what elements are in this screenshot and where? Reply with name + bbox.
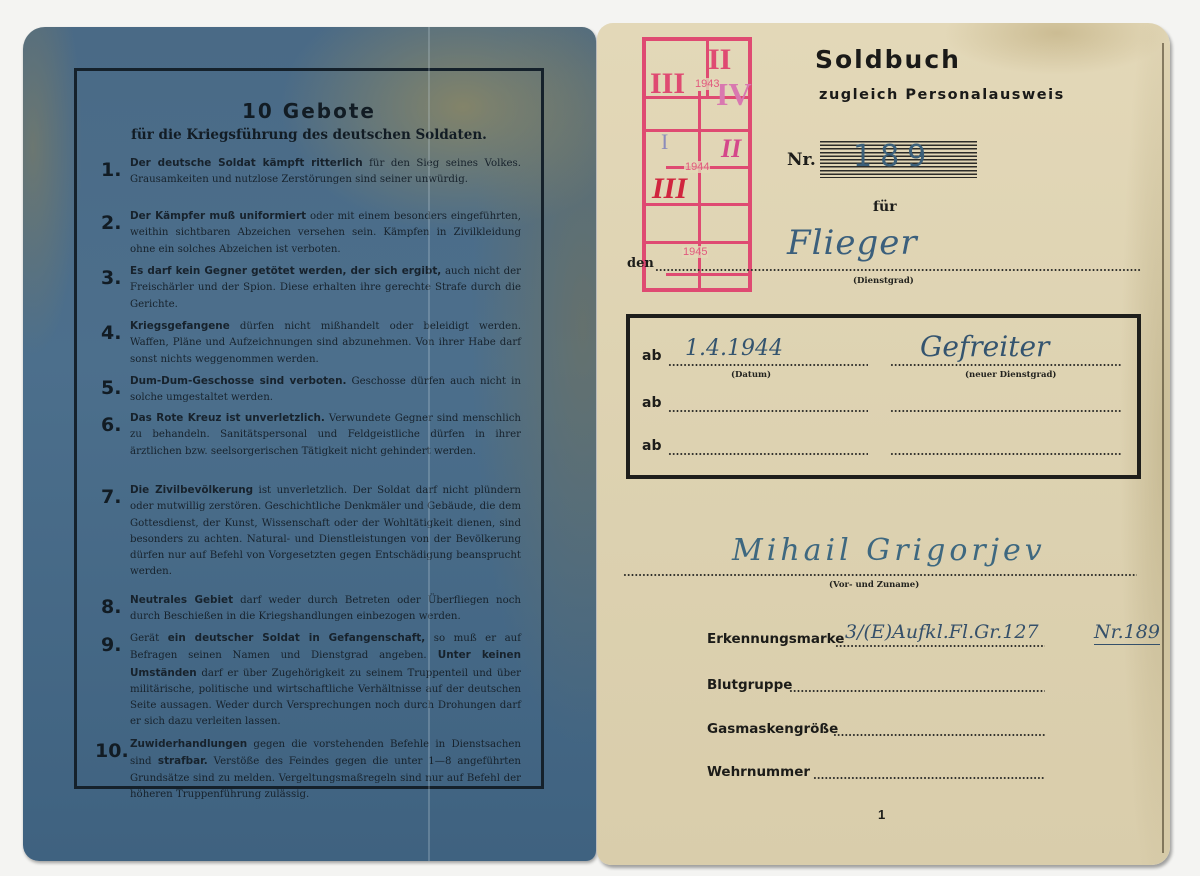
name-caption: (Vor- und Zuname) <box>829 580 919 590</box>
commandment-number: 8. <box>101 592 130 626</box>
commandment-text: Der deutsche Soldat kämpft ritterlich fü… <box>130 155 521 189</box>
stamp-quarter-I: I <box>661 131 668 153</box>
date-caption: (Datum) <box>731 370 771 380</box>
ab-label: ab <box>642 438 661 454</box>
erkennungsmarke-dotted-line <box>835 645 1045 647</box>
erkennungsmarke-value: 3/(E)Aufkl.Fl.Gr.127 <box>845 621 1039 643</box>
erkennungsmarke-label: Erkennungsmarke <box>707 631 844 647</box>
commandment-5: 5. Dum-Dum-Geschosse sind verboten. Gesc… <box>101 373 521 407</box>
commandment-text: Kriegsgefangene dürfen nicht mißhandelt … <box>130 318 521 368</box>
date-dotted-line <box>668 453 868 455</box>
date-dotted-line <box>668 410 868 412</box>
den-label: den <box>627 256 654 271</box>
rank-value: Flieger <box>787 223 918 263</box>
wehrnummer-label: Wehrnummer <box>707 764 810 780</box>
commandment-number: 2. <box>101 208 130 258</box>
commandment-text: Die Zivilbevölkerung ist unverletzlich. … <box>130 482 521 581</box>
number-label: Nr. <box>787 150 816 170</box>
stamp-quarter-II-b: II <box>721 136 741 162</box>
commandments-subtitle: für die Kriegsführung des deutschen Sold… <box>77 127 541 143</box>
commandment-text: Gerät ein deutscher Soldat in Gefangensc… <box>130 630 521 731</box>
name-dotted-line <box>623 574 1137 576</box>
commandment-text: Es darf kein Gegner getötet werden, der … <box>130 263 521 313</box>
commandments-frame: 10 Gebote für die Kriegsführung des deut… <box>74 68 544 789</box>
promotion-date: 1.4.1944 <box>685 336 783 361</box>
stamp-year-1944: 1944 <box>684 161 710 173</box>
soldier-name: Mihail Grigorjev <box>732 533 1046 568</box>
rank-dotted-line <box>890 453 1122 455</box>
commandment-7: 7. Die Zivilbevölkerung ist unverletzlic… <box>101 482 521 581</box>
promotions-box: ab 1.4.1944 (Datum) Gefreiter (neuer Die… <box>626 314 1141 479</box>
commandments-title: 10 Gebote <box>77 99 541 123</box>
commandment-text: Zuwiderhandlungen gegen die vorstehenden… <box>130 736 521 803</box>
commandment-number: 6. <box>101 410 130 460</box>
blutgruppe-dotted-line <box>789 690 1045 692</box>
commandment-number: 5. <box>101 373 130 407</box>
commandment-text: Das Rote Kreuz ist unverletzlich. Verwun… <box>130 410 521 460</box>
commandment-number: 10. <box>95 736 130 803</box>
rank-caption: (Dienstgrad) <box>853 276 914 286</box>
soldbuch-subtitle: zugleich Personalausweis <box>819 87 1065 103</box>
stamp-line <box>646 241 748 244</box>
wehrnummer-dotted-line <box>813 777 1045 779</box>
commandment-8: 8. Neutrales Gebiet darf weder durch Bet… <box>101 592 521 626</box>
promotion-new-rank: Gefreiter <box>920 330 1049 363</box>
stamp-line <box>698 91 701 288</box>
commandment-6: 6. Das Rote Kreuz ist unverletzlich. Ver… <box>101 410 521 460</box>
rank-dotted-line <box>890 364 1122 366</box>
ab-label: ab <box>642 348 661 364</box>
blutgruppe-label: Blutgruppe <box>707 677 792 693</box>
rank-dotted-line <box>890 410 1122 412</box>
soldbuch-inner-cover: 10 Gebote für die Kriegsführung des deut… <box>23 27 596 861</box>
stamp-line <box>666 273 748 276</box>
rank-dotted-line <box>655 269 1141 271</box>
stamp-year-1945: 1945 <box>682 246 708 258</box>
commandment-4: 4. Kriegsgefangene dürfen nicht mißhande… <box>101 318 521 368</box>
commandment-number: 4. <box>101 318 130 368</box>
soldbuch-number: 189 <box>853 139 934 174</box>
stamp-quarter-IV: IV <box>716 78 752 110</box>
gasmaske-label: Gasmaskengröße <box>707 721 838 737</box>
commandment-number: 9. <box>101 630 130 731</box>
stamp-quarter-II: II <box>708 45 731 75</box>
commandment-text: Dum-Dum-Geschosse sind verboten. Geschos… <box>130 373 521 407</box>
gasmaske-dotted-line <box>833 734 1045 736</box>
soldbuch-title: Soldbuch <box>815 45 961 74</box>
commandment-number: 3. <box>101 263 130 313</box>
date-dotted-line <box>668 364 868 366</box>
red-unit-stamp: II III IV I II III 1943 1944 1945 <box>642 37 752 292</box>
commandment-text: Der Kämpfer muß uniformiert oder mit ein… <box>130 208 521 258</box>
fuer-label: für <box>873 199 897 215</box>
stamp-quarter-III: III <box>650 69 685 99</box>
commandment-1: 1. Der deutsche Soldat kämpft ritterlich… <box>101 155 521 189</box>
commandment-9: 9. Gerät ein deutscher Soldat in Gefange… <box>101 630 521 731</box>
soldbuch-page-1: II III IV I II III 1943 1944 1945 Soldbu… <box>597 23 1170 865</box>
stamp-quarter-III-b: III <box>652 174 687 204</box>
commandment-3: 3. Es darf kein Gegner getötet werden, d… <box>101 263 521 313</box>
ab-label: ab <box>642 395 661 411</box>
page-number: 1 <box>878 807 885 822</box>
stamp-year-1943: 1943 <box>694 78 720 90</box>
commandment-number: 1. <box>101 155 130 189</box>
commandment-10: 10. Zuwiderhandlungen gegen die vorstehe… <box>101 736 521 803</box>
commandment-text: Neutrales Gebiet darf weder durch Betret… <box>130 592 521 626</box>
commandment-number: 7. <box>101 482 130 581</box>
new-rank-caption: (neuer Dienstgrad) <box>965 370 1056 380</box>
commandment-2: 2. Der Kämpfer muß uniformiert oder mit … <box>101 208 521 258</box>
erkennungsmarke-number: Nr.189 <box>1094 621 1160 645</box>
